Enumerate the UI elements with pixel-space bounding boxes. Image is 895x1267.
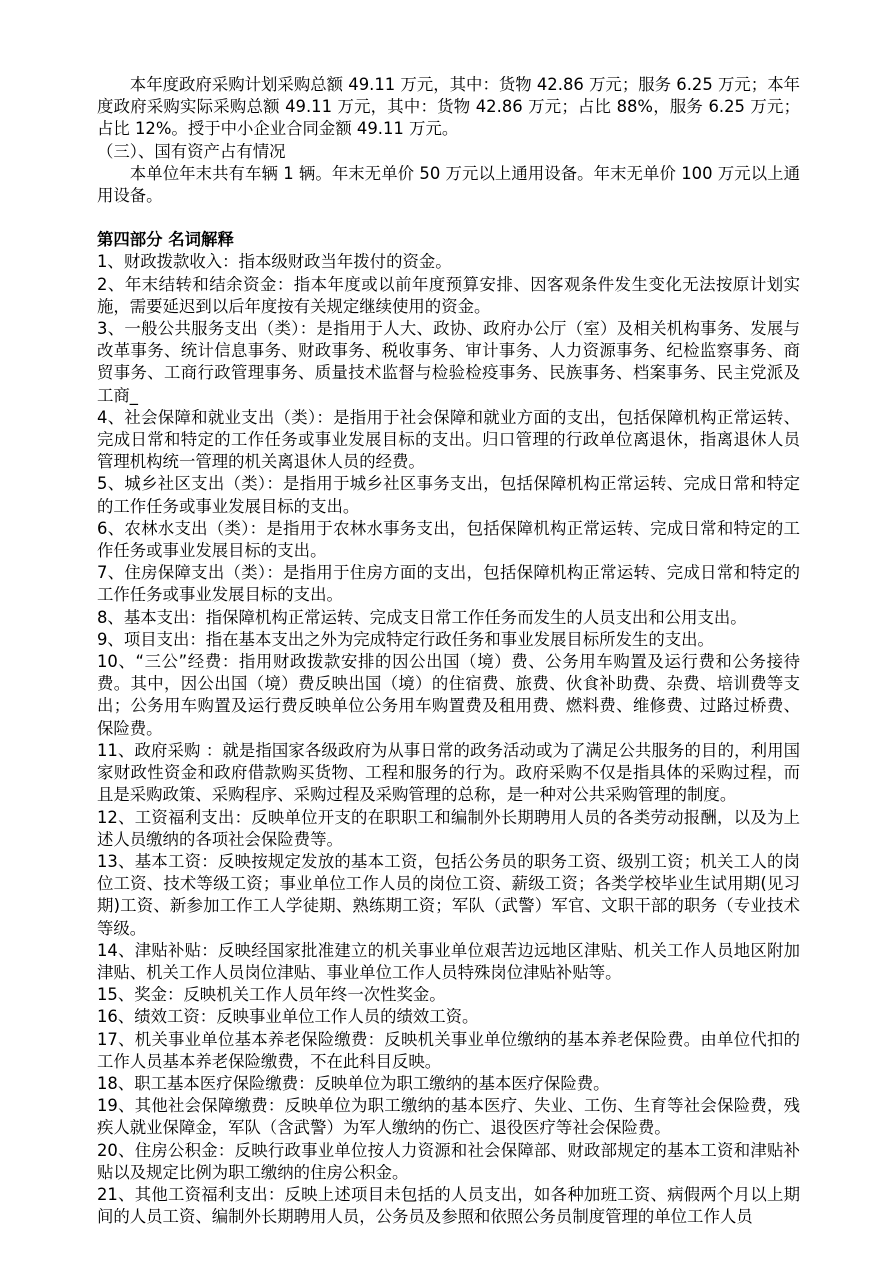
subsection-heading-state-assets: （三）、国有资产占有情况 bbox=[97, 141, 800, 163]
glossary-item-11: 11、政府采购 ：就是指国家各级政府为从事日常的政务活动或为了满足公共服务的目的… bbox=[97, 740, 800, 807]
glossary-item-3: 3、一般公共服务支出（类）：是指用于人大、政协、政府办公厅（室）及相关机构事务、… bbox=[97, 318, 800, 407]
glossary-item-12: 12、工资福利支出：反映单位开支的在职职工和编制外长期聘用人员的各类劳动报酬，以… bbox=[97, 807, 800, 851]
glossary-item-8: 8、基本支出：指保障机构正常运转、完成支日常工作任务而发生的人员支出和公用支出。 bbox=[97, 607, 800, 629]
glossary-item-13: 13、基本工资：反映按规定发放的基本工资，包括公务员的职务工资、级别工资；机关工… bbox=[97, 851, 800, 940]
state-assets-paragraph: 本单位年末共有车辆 1 辆。年末无单价 50 万元以上通用设备。年末无单价 10… bbox=[97, 163, 800, 207]
glossary-item-21: 21、其他工资福利支出：反映上述项目未包括的人员支出，如各种加班工资、病假两个月… bbox=[97, 1184, 800, 1228]
glossary-item-19: 19、其他社会保障缴费：反映单位为职工缴纳的基本医疗、失业、工伤、生育等社会保险… bbox=[97, 1095, 800, 1139]
document-page: 本年度政府采购计划采购总额 49.11 万元，其中：货物 42.86 万元；服务… bbox=[0, 0, 895, 1267]
glossary-item-2: 2、年末结转和结余资金：指本年度或以前年度预算安排、因客观条件发生变化无法按原计… bbox=[97, 274, 800, 318]
glossary-item-17: 17、机关事业单位基本养老保险缴费：反映机关事业单位缴纳的基本养老保险费。由单位… bbox=[97, 1029, 800, 1073]
glossary-item-16: 16、绩效工资：反映事业单位工作人员的绩效工资。 bbox=[97, 1006, 800, 1028]
blank-line bbox=[97, 207, 800, 229]
glossary-item-14: 14、津贴补贴：反映经国家批准建立的机关事业单位艰苦边远地区津贴、机关工作人员地… bbox=[97, 940, 800, 984]
procurement-summary-paragraph: 本年度政府采购计划采购总额 49.11 万元，其中：货物 42.86 万元；服务… bbox=[97, 74, 800, 141]
glossary-item-9: 9、项目支出：指在基本支出之外为完成特定行政任务和事业发展目标所发生的支出。 bbox=[97, 629, 800, 651]
glossary-item-20: 20、住房公积金：反映行政事业单位按人力资源和社会保障部、财政部规定的基本工资和… bbox=[97, 1140, 800, 1184]
glossary-item-7: 7、住房保障支出（类）：是指用于住房方面的支出，包括保障机构正常运转、完成日常和… bbox=[97, 562, 800, 606]
glossary-item-10: 10、“三公”经费：指用财政拨款安排的因公出国（境）费、公务用车购置及运行费和公… bbox=[97, 651, 800, 740]
glossary-item-1: 1、财政拨款收入：指本级财政当年拨付的资金。 bbox=[97, 251, 800, 273]
glossary-item-15: 15、奖金：反映机关工作人员年终一次性奖金。 bbox=[97, 984, 800, 1006]
glossary-item-18: 18、职工基本医疗保险缴费：反映单位为职工缴纳的基本医疗保险费。 bbox=[97, 1073, 800, 1095]
glossary-item-5: 5、城乡社区支出（类）：是指用于城乡社区事务支出，包括保障机构正常运转、完成日常… bbox=[97, 473, 800, 517]
section-heading-part4-glossary: 第四部分 名词解释 bbox=[97, 229, 800, 251]
glossary-item-6: 6、农林水支出（类）：是指用于农林水事务支出，包括保障机构正常运转、完成日常和特… bbox=[97, 518, 800, 562]
glossary-item-4: 4、社会保障和就业支出（类）：是指用于社会保障和就业方面的支出，包括保障机构正常… bbox=[97, 407, 800, 474]
